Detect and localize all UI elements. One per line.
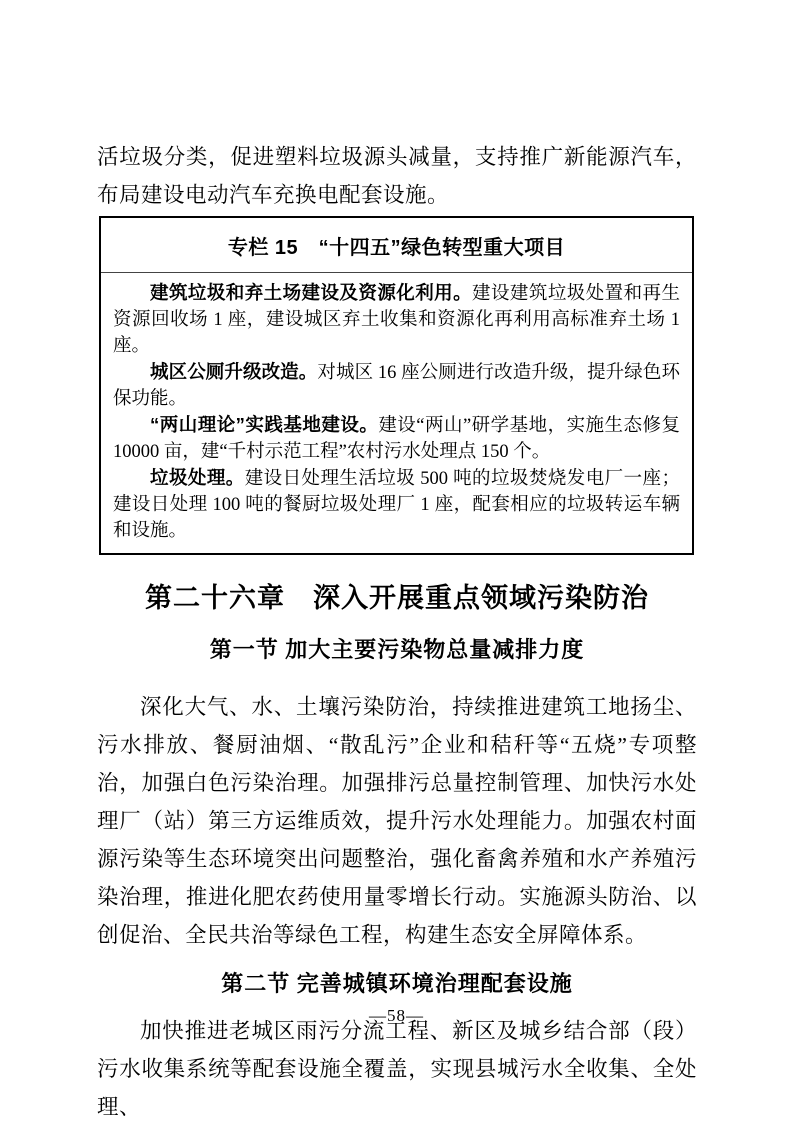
intro-paragraph: 活垃圾分类，促进塑料垃圾源头减量，支持推广新能源汽车，布局建设电动汽车充换电配套…	[97, 138, 697, 214]
section-1-paragraph: 深化大气、水、土壤污染防治，持续推进建筑工地扬尘、污水排放、餐厨油烟、“散乱污”…	[97, 688, 697, 954]
box-item: “两山理论”实践基地建设。建设“两山”研学基地，实施生态修复 10000 亩，建…	[113, 412, 680, 465]
document-page: 活垃圾分类，促进塑料垃圾源头减量，支持推广新能源汽车，布局建设电动汽车充换电配套…	[0, 0, 793, 1122]
box-item-lead: “两山理论”实践基地建设。	[150, 414, 378, 435]
box-item-lead: 城区公厕升级改造。	[150, 361, 317, 382]
section-2-paragraph: 加快推进老城区雨污分流工程、新区及城乡结合部（段）污水收集系统等配套设施全覆盖，…	[97, 1012, 697, 1122]
page-number: —58—	[0, 1006, 793, 1026]
column-box-title: 专栏 15 “十四五”绿色转型重大项目	[101, 218, 692, 273]
chapter-heading: 第二十六章 深入开展重点领域污染防治	[97, 581, 697, 615]
box-item: 城区公厕升级改造。对城区 16 座公厕进行改造升级，提升绿色环保功能。	[113, 359, 680, 412]
column-box-body: 建筑垃圾和弃土场建设及资源化利用。建设建筑垃圾处置和再生资源回收场 1 座，建设…	[101, 273, 692, 553]
section-2-heading: 第二节 完善城镇环境治理配套设施	[97, 969, 697, 999]
column-box-15: 专栏 15 “十四五”绿色转型重大项目 建筑垃圾和弃土场建设及资源化利用。建设建…	[99, 216, 694, 555]
box-item-lead: 垃圾处理。	[150, 467, 245, 488]
section-1-heading: 第一节 加大主要污染物总量减排力度	[97, 635, 697, 665]
box-item: 垃圾处理。建设日处理生活垃圾 500 吨的垃圾焚烧发电厂一座；建设日处理 100…	[113, 465, 680, 544]
box-item: 建筑垃圾和弃土场建设及资源化利用。建设建筑垃圾处置和再生资源回收场 1 座，建设…	[113, 280, 680, 359]
box-item-lead: 建筑垃圾和弃土场建设及资源化利用。	[150, 282, 472, 303]
